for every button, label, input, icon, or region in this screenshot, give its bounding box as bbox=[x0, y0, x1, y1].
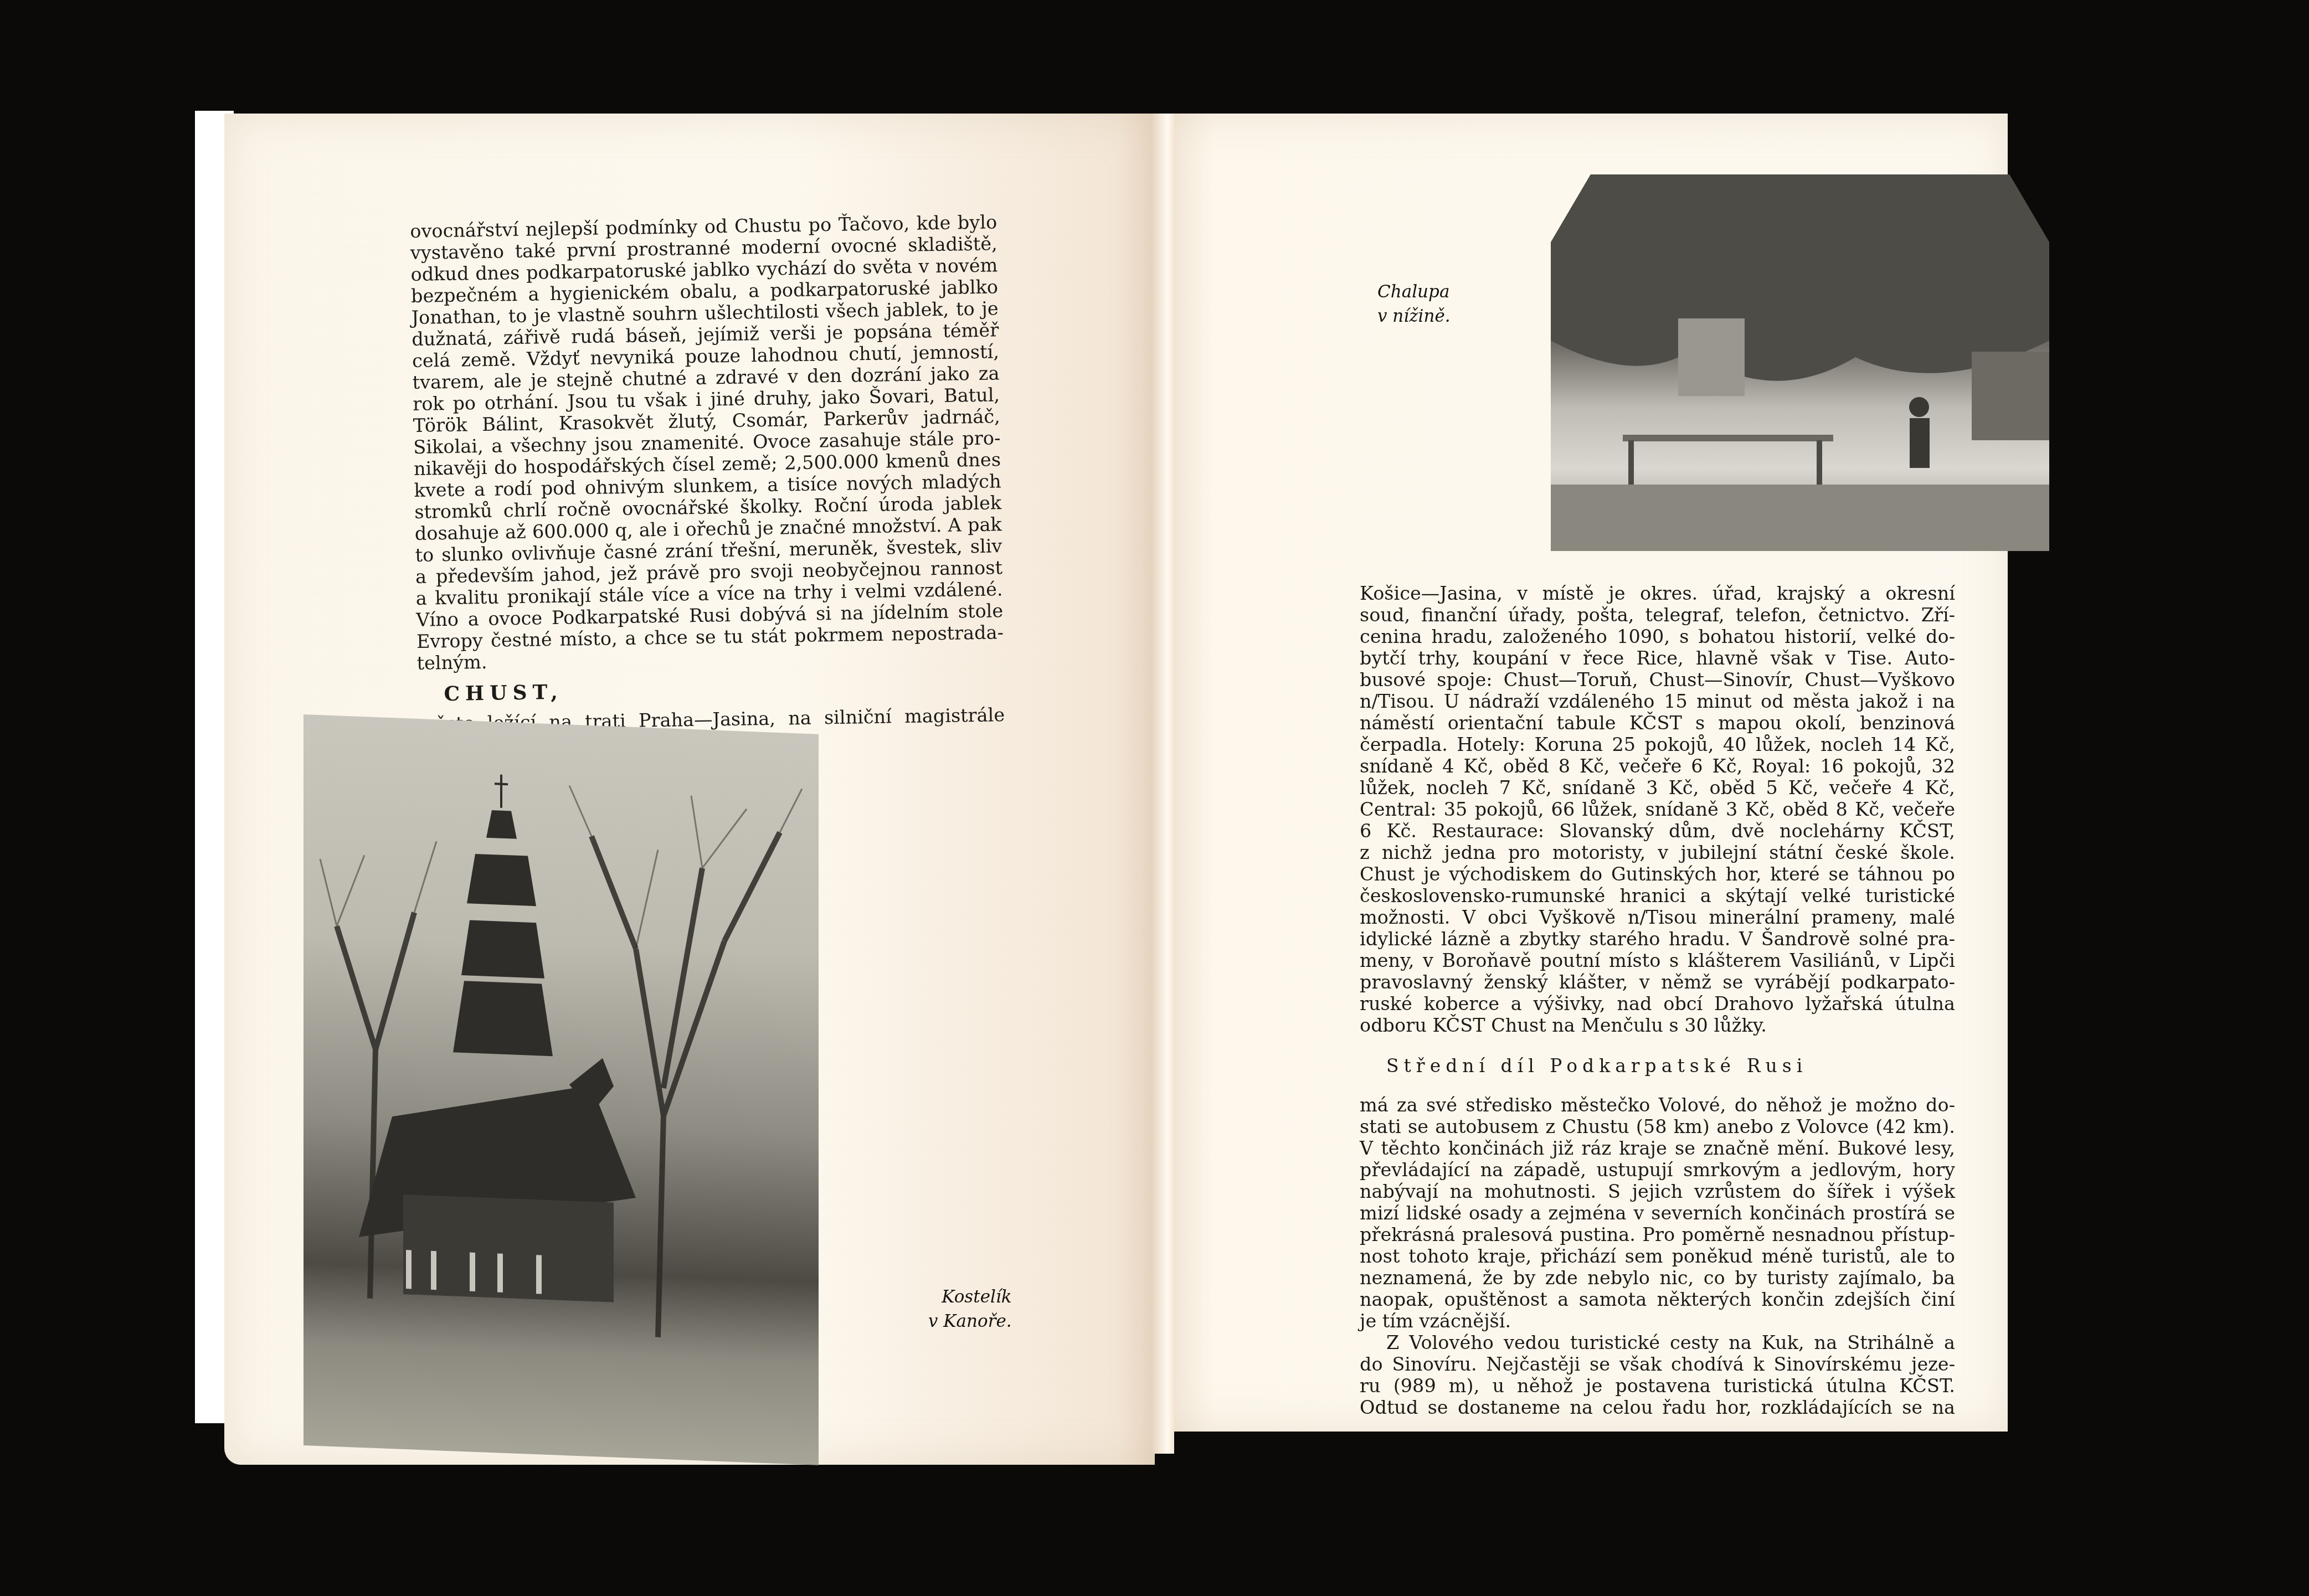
text-line: 6 Kč. Restaurace: Slovanský dům, dvě noc… bbox=[1360, 820, 1955, 842]
cottage-illustration-icon bbox=[1551, 174, 2049, 551]
text-line: možnosti. V obci Vyškově n/Tisou minerál… bbox=[1360, 907, 1955, 928]
text-line: soud, finanční úřady, pošta, telegraf, t… bbox=[1360, 604, 1955, 626]
text-line: stati se autobusem z Chustu (58 km) aneb… bbox=[1360, 1116, 1955, 1137]
text-line: n/Tisou. U nádraží vzdáleného 15 minut o… bbox=[1360, 691, 1955, 712]
text-line: neznamená, že by zde nebylo nic, co by t… bbox=[1360, 1267, 1955, 1289]
caption-line: Kostelík bbox=[928, 1285, 1012, 1309]
text-line: Z Volového vedou turistické cesty na Kuk… bbox=[1360, 1332, 1955, 1353]
book-gutter bbox=[1152, 114, 1174, 1454]
left-body: ovocnářství nejlepší podmínky od Chustu … bbox=[410, 211, 1004, 674]
text-line: Košice—Jasina, v místě je okres. úřad, k… bbox=[1360, 583, 1955, 604]
text-line: převládající na západě, ustupují smrkový… bbox=[1360, 1159, 1955, 1181]
church-illustration-icon bbox=[304, 714, 819, 1465]
section-heading-chust: CHUST, bbox=[444, 675, 1004, 705]
text-line: Central: 35 pokojů, 66 lůžek, snídaně 3 … bbox=[1360, 799, 1955, 820]
text-line: nost tohoto kraje, přichází sem poněkud … bbox=[1360, 1245, 1955, 1267]
text-line: odboru KČST Chust na Menčulu s 30 lůžky. bbox=[1360, 1015, 1955, 1036]
text-line: lůžek, nocleh 7 Kč, snídaně 3 Kč, oběd 5… bbox=[1360, 777, 1955, 799]
text-line: mizí lidské osady a zejména v severních … bbox=[1360, 1202, 1955, 1224]
text-line: bytčí trhy, koupání v řece Rice, hlavně … bbox=[1360, 647, 1955, 669]
text-line: snídaně 4 Kč, oběd 8 Kč, večeře 6 Kč, Ro… bbox=[1360, 755, 1955, 777]
text-line: náměstí orientační tabule KČST s mapou o… bbox=[1360, 712, 1955, 734]
right-body: Košice—Jasina, v místě je okres. úřad, k… bbox=[1360, 583, 1955, 1036]
text-line: do Sinovíru. Nejčastěji se však chodívá … bbox=[1360, 1353, 1955, 1375]
text-line: meny, v Boroňavě poutní místo s kláštere… bbox=[1360, 950, 1955, 971]
church-photo bbox=[304, 714, 819, 1465]
text-line: pravoslavný ženský klášter, v němž se vy… bbox=[1360, 971, 1955, 993]
cottage-photo bbox=[1551, 174, 2049, 551]
text-line: cenina hradu, založeného 1090, s bohatou… bbox=[1360, 626, 1955, 647]
text-line: naopak, opuštěnost a samota některých ko… bbox=[1360, 1289, 1955, 1310]
left-page-text: ovocnářství nejlepší podmínky od Chustu … bbox=[410, 211, 1005, 735]
text-line: čerpadla. Hotely: Koruna 25 pokojů, 40 l… bbox=[1360, 734, 1955, 755]
paragraph-2: Z Volového vedou turistické cesty na Kuk… bbox=[1360, 1332, 1955, 1418]
text-line: překrásná pralesová pustina. Pro poměrně… bbox=[1360, 1224, 1955, 1245]
text-line: ru (989 m), u něhož je postavena turisti… bbox=[1360, 1375, 1955, 1397]
text-line: z nichž jedna pro motoristy, v jubilejní… bbox=[1360, 842, 1955, 863]
text-line: Chust je východiskem do Gutinských hor, … bbox=[1360, 863, 1955, 885]
text-line: československo-rumunské hranici a skýtaj… bbox=[1360, 885, 1955, 907]
text-line: je tím vzácnější. bbox=[1360, 1310, 1955, 1332]
text-line: busové spoje: Chust—Toruň, Chust—Sinovír… bbox=[1360, 669, 1955, 691]
section-heading-central-part: Střední díl Podkarpatské Rusi bbox=[1386, 1055, 1955, 1077]
text-line: V těchto končinách již ráz kraje se znač… bbox=[1360, 1137, 1955, 1159]
caption-line: v Kanoře. bbox=[928, 1309, 1012, 1334]
text-line: idylické lázně a zbytky starého hradu. V… bbox=[1360, 928, 1955, 950]
section-body: má za své středisko městečko Volové, do … bbox=[1360, 1094, 1955, 1332]
text-line: nabývají na mohutnosti. S jejich vzrůste… bbox=[1360, 1181, 1955, 1202]
caption-line: Chalupa bbox=[1377, 280, 1451, 304]
text-line: ruské koberce a výšivky, nad obcí Drahov… bbox=[1360, 993, 1955, 1015]
church-photo-caption: Kostelík v Kanoře. bbox=[928, 1285, 1012, 1334]
text-line: má za své středisko městečko Volové, do … bbox=[1360, 1094, 1955, 1116]
right-page-text: Košice—Jasina, v místě je okres. úřad, k… bbox=[1360, 583, 1955, 1418]
text-line: Odtud se dostaneme na celou řadu hor, ro… bbox=[1360, 1397, 1955, 1418]
cottage-photo-caption: Chalupa v nížině. bbox=[1377, 280, 1451, 328]
caption-line: v nížině. bbox=[1377, 304, 1451, 328]
